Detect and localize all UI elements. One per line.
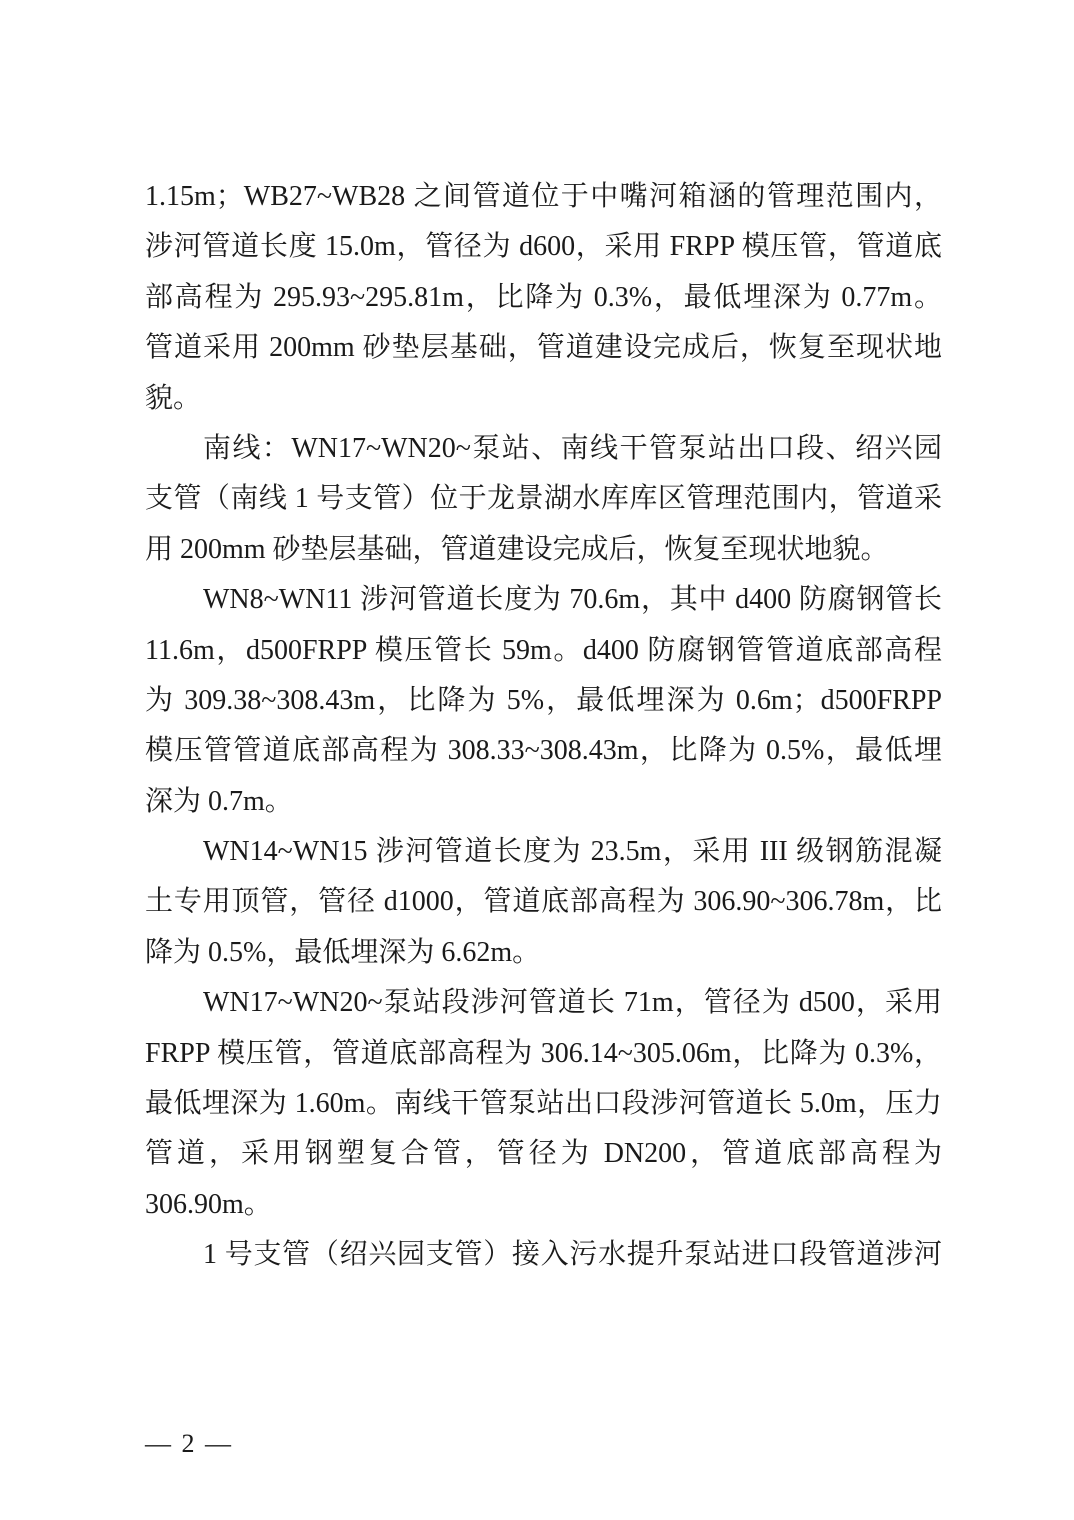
text-line: 土专用顶管，管径 d1000，管道底部高程为 306.90~306.78m，比 <box>145 877 942 927</box>
text-line: 管道，采用钢塑复合管，管径为 DN200，管道底部高程为 <box>145 1129 942 1179</box>
text-line: WN17~WN20~泵站段涉河管道长 71m，管径为 d500，采用 <box>145 978 942 1028</box>
paragraph: WN17~WN20~泵站段涉河管道长 71m，管径为 d500，采用 FRPP … <box>145 978 942 1230</box>
text-line: 模压管管道底部高程为 308.33~308.43m，比降为 0.5%，最低埋 <box>145 726 942 776</box>
page-number: — 2 — <box>145 1428 233 1460</box>
text-line: 支管（南线 1 号支管）位于龙景湖水库库区管理范围内，管道采 <box>145 474 942 524</box>
text-line: 部高程为 295.93~295.81m，比降为 0.3%，最低埋深为 0.77m… <box>145 273 942 323</box>
text-line: 涉河管道长度 15.0m，管径为 d600，采用 FRPP 模压管，管道底 <box>145 222 942 272</box>
text-line: WN14~WN15 涉河管道长度为 23.5m，采用 III 级钢筋混凝 <box>145 827 942 877</box>
paragraph: WN14~WN15 涉河管道长度为 23.5m，采用 III 级钢筋混凝 土专用… <box>145 827 942 978</box>
paragraph: WN8~WN11 涉河管道长度为 70.6m，其中 d400 防腐钢管长 11.… <box>145 575 942 827</box>
text-line: 管道采用 200mm 砂垫层基础，管道建设完成后，恢复至现状地 <box>145 323 942 373</box>
text-line: 最低埋深为 1.60m。南线干管泵站出口段涉河管道长 5.0m，压力 <box>145 1079 942 1129</box>
text-line: 降为 0.5%，最低埋深为 6.62m。 <box>145 928 942 978</box>
text-line: WN8~WN11 涉河管道长度为 70.6m，其中 d400 防腐钢管长 <box>145 575 942 625</box>
text-line: 貌。 <box>145 374 942 424</box>
paragraph: 1 号支管（绍兴园支管）接入污水提升泵站进口段管道涉河 <box>145 1230 942 1280</box>
text-line: 11.6m，d500FRPP 模压管长 59m。d400 防腐钢管管道底部高程 <box>145 626 942 676</box>
text-line: 用 200mm 砂垫层基础，管道建设完成后，恢复至现状地貌。 <box>145 525 942 575</box>
text-line: 深为 0.7m。 <box>145 777 942 827</box>
document-body: 1.15m；WB27~WB28 之间管道位于中嘴河箱涵的管理范围内， 涉河管道长… <box>145 172 942 1281</box>
text-line: FRPP 模压管，管道底部高程为 306.14~305.06m，比降为 0.3%… <box>145 1029 942 1079</box>
text-line: 306.90m。 <box>145 1180 942 1230</box>
paragraph: 1.15m；WB27~WB28 之间管道位于中嘴河箱涵的管理范围内， 涉河管道长… <box>145 172 942 424</box>
text-line: 为 309.38~308.43m，比降为 5%，最低埋深为 0.6m；d500F… <box>145 676 942 726</box>
text-line: 南线：WN17~WN20~泵站、南线干管泵站出口段、绍兴园 <box>145 424 942 474</box>
paragraph: 南线：WN17~WN20~泵站、南线干管泵站出口段、绍兴园 支管（南线 1 号支… <box>145 424 942 575</box>
text-line: 1 号支管（绍兴园支管）接入污水提升泵站进口段管道涉河 <box>145 1230 942 1280</box>
text-line: 1.15m；WB27~WB28 之间管道位于中嘴河箱涵的管理范围内， <box>145 172 942 222</box>
